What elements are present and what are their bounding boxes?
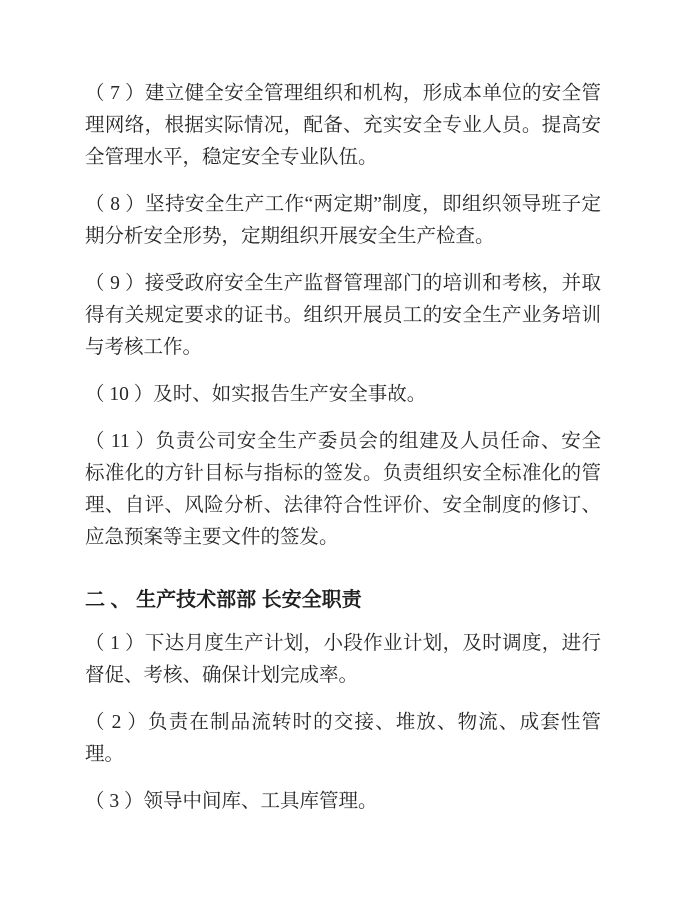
- paragraph-item-10: （ 10 ）及时、如实报告生产安全事故。: [85, 379, 601, 411]
- paragraph-item-2: （ 2 ）负责在制品流转时的交接、堆放、物流、成套性管理。: [85, 707, 601, 771]
- paragraph-item-9: （ 9 ）接受政府安全生产监督管理部门的培训和考核，并取得有关规定要求的证书。组…: [85, 268, 601, 364]
- section-two-heading: 二 、 生产技术部部 长安全职责: [85, 584, 601, 616]
- document-content: （ 7 ）建立健全安全管理组织和机构，形成本单位的安全管理网络，根据实际情况，配…: [85, 78, 601, 833]
- paragraph-item-8: （ 8 ）坚持安全生产工作“两定期”制度，即组织领导班子定期分析安全形势，定期组…: [85, 189, 601, 253]
- paragraph-item-3: （ 3 ）领导中间库、工具库管理。: [85, 786, 601, 818]
- paragraph-item-7: （ 7 ）建立健全安全管理组织和机构，形成本单位的安全管理网络，根据实际情况，配…: [85, 78, 601, 174]
- paragraph-item-11: （ 11 ）负责公司安全生产委员会的组建及人员任命、安全标准化的方针目标与指标的…: [85, 426, 601, 554]
- document-page: （ 7 ）建立健全安全管理组织和机构，形成本单位的安全管理网络，根据实际情况，配…: [0, 0, 700, 905]
- paragraph-item-1: （ 1 ）下达月度生产计划，小段作业计划，及时调度，进行督促、考核、确保计划完成…: [85, 628, 601, 692]
